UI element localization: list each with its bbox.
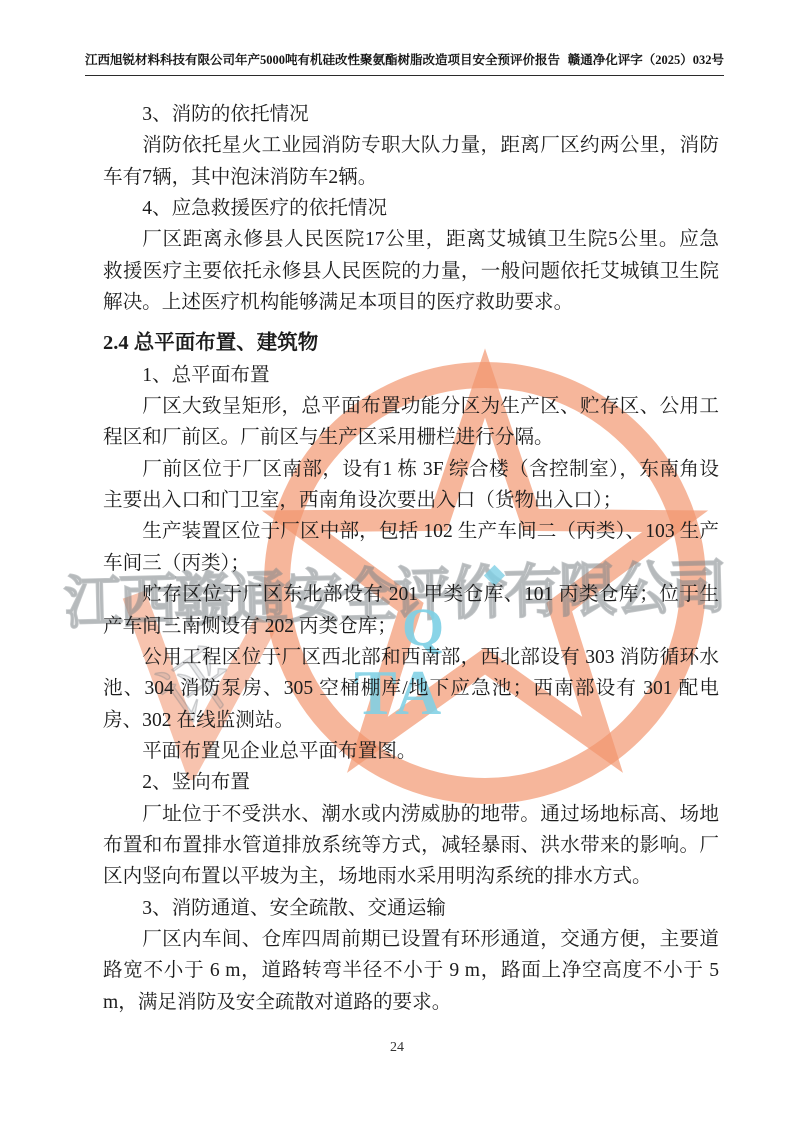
page-number: 24	[390, 1040, 404, 1055]
paragraph: 3、消防通道、安全疏散、交通运输	[103, 893, 719, 924]
paragraph: 贮存区位于厂区东北部设有 201 甲类仓库、101 丙类仓库；位于生产车间三南侧…	[103, 579, 719, 642]
paragraph: 厂区距离永修县人民医院17公里，距离艾城镇卫生院5公里。应急救援医疗主要依托永修…	[103, 224, 719, 318]
paragraph: 公用工程区位于厂区西北部和西南部，西北部设有 303 消防循环水池、304 消防…	[103, 642, 719, 736]
document-body: 3、消防的依托情况消防依托星火工业园消防专职大队力量，距离厂区约两公里，消防车有…	[103, 99, 719, 1018]
paragraph: 厂区大致呈矩形，总平面布置功能分区为生产区、贮存区、公用工程区和厂前区。厂前区与…	[103, 391, 719, 454]
paragraph: 厂区内车间、仓库四周前期已设置有环形通道，交通方便，主要道路宽不小于 6 m，道…	[103, 924, 719, 1018]
paragraph: 1、总平面布置	[103, 360, 719, 391]
paragraph: 厂前区位于厂区南部，设有1 栋 3F 综合楼（含控制室），东南角设主要出入口和门…	[103, 454, 719, 517]
paragraph: 生产装置区位于厂区中部，包括 102 生产车间二（丙类）、103 生产车间三（丙…	[103, 516, 719, 579]
page-header: 江西旭锐材料科技有限公司年产5000吨有机硅改性聚氨酯树脂改造项目安全预评价报告…	[85, 50, 724, 76]
section-heading: 2.4 总平面布置、建筑物	[103, 328, 719, 359]
paragraph: 厂址位于不受洪水、潮水或内涝威胁的地带。通过场地标高、场地布置和布置排水管道排放…	[103, 799, 719, 893]
paragraph: 2、竖向布置	[103, 767, 719, 798]
paragraph: 3、消防的依托情况	[103, 99, 719, 130]
paragraph: 平面布置见企业总平面布置图。	[103, 736, 719, 767]
paragraph: 4、应急救援医疗的依托情况	[103, 193, 719, 224]
page-footer: 24	[0, 1040, 794, 1056]
header-doc-number: 赣通净化评字（2025）032号	[568, 50, 724, 68]
document-page: 江西赣通安全评价有限公司 评 Q TA 江西旭锐材料科技有限公司年产5000吨有…	[0, 0, 794, 1122]
header-report-title: 江西旭锐材料科技有限公司年产5000吨有机硅改性聚氨酯树脂改造项目安全预评价报告	[85, 50, 560, 68]
paragraph: 消防依托星火工业园消防专职大队力量，距离厂区约两公里，消防车有7辆，其中泡沫消防…	[103, 130, 719, 193]
